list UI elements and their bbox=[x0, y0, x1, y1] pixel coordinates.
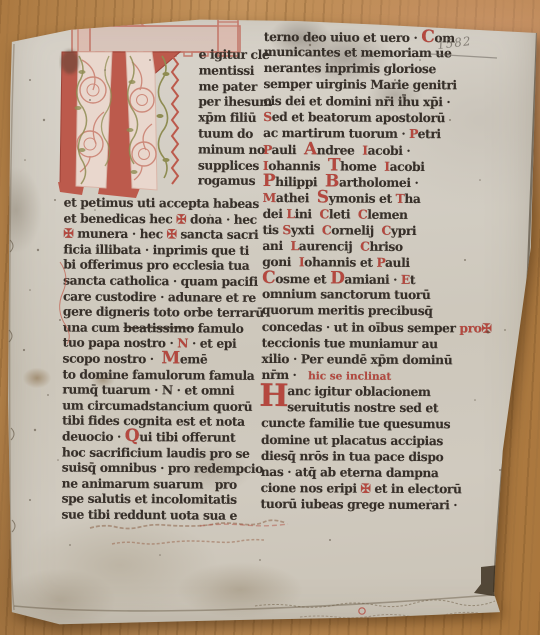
text-segment: et benedicas hec bbox=[64, 210, 177, 226]
text-segment: ohannis et bbox=[304, 254, 376, 270]
text-segment: seruitutis nostre sed et bbox=[287, 399, 438, 415]
text-line: et benedicas hec ✠ dona · hec bbox=[64, 210, 265, 227]
text-segment: semper uirginis Marie genitri bbox=[263, 76, 456, 92]
text-segment: deuocio · bbox=[62, 428, 125, 443]
decorated-letter: P bbox=[376, 255, 385, 270]
decorated-letter: pro bbox=[459, 320, 481, 335]
text-segment: et petimus uti accepta habeas bbox=[64, 195, 259, 211]
text-segment: dona · hec bbox=[186, 211, 257, 226]
decorated-letter: C bbox=[360, 238, 369, 253]
text-segment: per ihesum bbox=[198, 94, 272, 110]
text-line: dei Lini Cleti Clemen bbox=[263, 205, 493, 223]
text-segment: osme et bbox=[275, 271, 330, 286]
text-segment: tis bbox=[262, 222, 282, 237]
text-segment: ha bbox=[404, 191, 420, 206]
text-segment: omnium sanctorum tuorū bbox=[262, 286, 431, 302]
text-line: Cosme et Damiani · Et bbox=[262, 270, 492, 288]
text-line: scopo nostro · Memē bbox=[63, 350, 264, 367]
text-segment: me pater bbox=[198, 78, 257, 93]
text-segment: ini bbox=[295, 206, 320, 221]
text-segment: cis dei et domini nr̄i ih̄u xp̄i · bbox=[263, 93, 450, 109]
text-line: e igitur cle bbox=[199, 46, 273, 62]
text-line: nas · atq̄ ab eterna dampna bbox=[261, 464, 491, 482]
text-line: minum no bbox=[198, 141, 272, 157]
text-line: ficia illibata · inprimis que ti bbox=[63, 241, 264, 258]
text-line: cuncte familie tue quesumus bbox=[261, 415, 491, 433]
text-line: Sed et beatorum apostolorū bbox=[263, 109, 493, 127]
text-line: concedas · ut in oībus semper pro✠ bbox=[262, 318, 492, 336]
text-segment: una cum bbox=[63, 319, 124, 334]
text-segment: acobi bbox=[390, 159, 425, 174]
decorated-letter: M bbox=[263, 190, 276, 205]
text-segment: ne animarum suarum pro bbox=[62, 475, 237, 491]
text-line: et petimus uti accepta habeas bbox=[64, 195, 265, 212]
text-line: una cum beatissimo famulo bbox=[63, 319, 264, 336]
left-text-column: et petimus uti accepta habeaset benedica… bbox=[61, 195, 264, 524]
text-segment: aurencij bbox=[299, 238, 360, 253]
text-segment: supplices bbox=[198, 157, 259, 172]
text-segment: yxti bbox=[291, 222, 322, 237]
text-line: Mathei Symonis et Tha bbox=[263, 189, 493, 207]
text-line: ne animarum suarum pro bbox=[62, 475, 263, 492]
text-segment: ed et beatorum apostolorū bbox=[272, 109, 445, 125]
text-segment: cuncte familie tue quesumus bbox=[261, 415, 450, 431]
decorated-letter: C bbox=[421, 27, 434, 47]
text-segment: teccionis tue muniamur au bbox=[262, 335, 438, 351]
text-line: spe salutis et incolomitatis bbox=[62, 491, 263, 508]
text-line: teccionis tue muniamur au bbox=[262, 335, 492, 353]
text-segment: acobi · bbox=[368, 143, 411, 158]
text-line: tibi fides cognita est et nota bbox=[62, 413, 263, 430]
text-segment: ornelij bbox=[331, 222, 381, 237]
text-segment: suisq̄ omnibus · pro redempcio bbox=[62, 460, 263, 476]
text-segment: ui tibi offerunt bbox=[139, 429, 235, 445]
leaf-shadow-wrap: e igitur clementissime paterper ihesumxp… bbox=[0, 0, 540, 635]
text-segment: ymonis et bbox=[329, 191, 396, 206]
text-line: goni Iohannis et Pauli bbox=[262, 254, 492, 272]
decorated-letter: ✠ bbox=[176, 211, 186, 226]
photo-of-manuscript-on-table: e igitur clementissime paterper ihesumxp… bbox=[0, 0, 540, 635]
text-line: xp̄m filiū bbox=[198, 110, 272, 126]
text-segment: bi offerimus pro ecclesia tua bbox=[63, 257, 249, 273]
text-segment: e igitur cle bbox=[199, 46, 270, 61]
text-segment: tibi fides cognita est et nota bbox=[62, 413, 245, 429]
decorated-letter: C bbox=[319, 206, 328, 221]
text-segment: artholomei · bbox=[339, 175, 419, 191]
decorated-letter: ✠ bbox=[481, 320, 491, 335]
text-segment: rogamus bbox=[198, 173, 255, 188]
text-line: gere digneris toto orbe terrarū bbox=[63, 304, 264, 321]
text-segment: to domine famulorum famula bbox=[62, 366, 254, 382]
text-segment: etri bbox=[418, 126, 441, 141]
text-line: ac martirum tuorum · Petri bbox=[263, 125, 493, 143]
decorated-letter: P bbox=[263, 142, 272, 157]
text-line: ✠ munera · hec ✠ sancta sacri bbox=[63, 226, 264, 243]
rubric-text: hic se inclinat bbox=[308, 370, 391, 383]
text-line: tuorū iubeas grege numerari · bbox=[261, 496, 491, 514]
text-segment: rumq̄ tuarum · N · et omni bbox=[62, 382, 234, 398]
text-line: Hanc igitur oblacionem bbox=[261, 383, 491, 401]
decorated-letter: T bbox=[396, 191, 405, 206]
decorated-letter: D bbox=[330, 269, 344, 289]
text-segment: leti bbox=[329, 206, 358, 221]
text-line: rogamus bbox=[198, 173, 272, 189]
text-segment: xilio · Per eundē xp̄m dominū bbox=[262, 351, 453, 367]
text-segment: goni bbox=[262, 254, 299, 269]
text-line: domine ut placatus accipias bbox=[261, 431, 491, 449]
decorated-letter: Q bbox=[125, 426, 140, 446]
text-line: tis Syxti Cornelij Cypri bbox=[262, 222, 492, 240]
left-column-opening-lines: e igitur clementissime paterper ihesumxp… bbox=[198, 46, 272, 189]
text-segment: sue tibi reddunt uota sua e bbox=[61, 506, 237, 522]
decorated-letter: M bbox=[161, 348, 180, 368]
text-segment: sancta catholica · quam pacifi bbox=[63, 273, 258, 289]
text-segment: tuo papa nostro · bbox=[63, 335, 178, 351]
text-line: ani Laurencij Chriso bbox=[262, 238, 492, 256]
text-line: me pater bbox=[198, 78, 272, 94]
text-segment: gere digneris toto orbe terrarū bbox=[63, 304, 264, 320]
text-segment: ac martirum tuorum · bbox=[263, 125, 409, 141]
text-segment: dei bbox=[263, 205, 287, 220]
text-line: cione nos eripi ✠ et in electorū bbox=[261, 480, 491, 498]
text-segment: um circumadstancium quorū bbox=[62, 397, 252, 413]
text-line: deuocio · Qui tibi offerunt bbox=[62, 428, 263, 445]
text-segment: nas · atq̄ ab eterna dampna bbox=[261, 464, 439, 480]
decorated-letter: C bbox=[262, 268, 275, 288]
text-segment: · et epi bbox=[188, 336, 236, 351]
text-line: nr̄m · hic se inclinat bbox=[261, 367, 491, 385]
text-line: to domine famulorum famula bbox=[62, 366, 263, 383]
text-line: cis dei et domini nr̄i ih̄u xp̄i · bbox=[263, 93, 493, 111]
text-line: um circumadstancium quorū bbox=[62, 397, 263, 414]
decorated-letter: A bbox=[304, 139, 317, 159]
text-line: hoc sacrificium laudis pro se bbox=[62, 444, 263, 461]
text-segment: hriso bbox=[369, 239, 402, 254]
text-segment: lemen bbox=[367, 206, 407, 221]
text-segment: munera · hec bbox=[73, 226, 166, 242]
text-segment: quorum meritis precibusq̄ bbox=[262, 302, 433, 318]
decorated-letter: P bbox=[263, 171, 276, 191]
text-line: Philippi Bartholomei · bbox=[263, 173, 493, 191]
text-line: per ihesum bbox=[198, 94, 272, 110]
decorated-letter: S bbox=[317, 188, 329, 208]
text-segment: hoc sacrificium laudis pro se bbox=[62, 444, 250, 460]
text-segment: emē bbox=[180, 351, 208, 366]
text-segment: sancta sacri bbox=[176, 227, 258, 243]
text-segment: ohannis bbox=[268, 158, 328, 173]
text-block: e igitur clementissime paterper ihesumxp… bbox=[0, 0, 540, 635]
manuscript-leaf: e igitur clementissime paterper ihesumxp… bbox=[0, 0, 540, 635]
text-segment: ficia illibata · inprimis que ti bbox=[63, 241, 249, 257]
text-segment: athei bbox=[276, 190, 317, 205]
text-segment: cione nos eripi bbox=[261, 480, 361, 496]
text-line: Iohannis Thome Iacobi bbox=[263, 157, 493, 175]
text-line: tuum do bbox=[198, 125, 272, 141]
text-line: sue tibi reddunt uota sua e bbox=[61, 506, 262, 523]
text-line: diesq̄ nrōs in tua pace dispo bbox=[261, 448, 491, 466]
text-segment: xp̄m filiū bbox=[198, 110, 256, 125]
text-segment: amiani · bbox=[344, 272, 401, 287]
decorated-letter: C bbox=[358, 206, 367, 221]
text-line: suisq̄ omnibus · pro redempcio bbox=[62, 460, 263, 477]
text-segment: domine ut placatus accipias bbox=[261, 431, 443, 447]
text-line: Pauli Andree Iacobi · bbox=[263, 141, 493, 159]
text-line: nerantes inprimis gloriose bbox=[264, 60, 494, 78]
text-line: supplices bbox=[198, 157, 272, 173]
text-line: bi offerimus pro ecclesia tua bbox=[63, 257, 264, 274]
text-segment: concedas · ut in oībus semper bbox=[262, 318, 460, 334]
text-segment: nerantes inprimis gloriose bbox=[264, 60, 436, 76]
text-segment: terno deo uiuo et uero · bbox=[264, 29, 422, 45]
text-segment: beatissimo bbox=[123, 320, 194, 335]
text-line: rumq̄ tuarum · N · et omni bbox=[62, 382, 263, 399]
text-line: xilio · Per eundē xp̄m dominū bbox=[262, 351, 492, 369]
decorated-letter: C bbox=[322, 222, 331, 237]
text-segment: famulo bbox=[194, 320, 244, 335]
text-line: care custodire · adunare et re bbox=[63, 288, 264, 305]
text-segment: minum no bbox=[198, 141, 265, 156]
text-segment: auli bbox=[385, 255, 410, 270]
text-line: quorum meritis precibusq̄ bbox=[262, 302, 492, 320]
text-segment: et in electorū bbox=[370, 481, 461, 497]
decorated-letter: ✠ bbox=[167, 226, 177, 241]
text-line: semper uirginis Marie genitri bbox=[263, 76, 493, 94]
text-segment: scopo nostro · bbox=[63, 350, 162, 366]
text-segment: care custodire · adunare et re bbox=[63, 288, 256, 304]
decorated-letter: E bbox=[401, 272, 410, 287]
text-segment: diesq̄ nrōs in tua pace dispo bbox=[261, 448, 444, 464]
decorated-letter: P bbox=[409, 126, 418, 141]
text-segment: anc igitur oblacionem bbox=[287, 383, 430, 399]
text-segment: tuum do bbox=[198, 125, 253, 140]
text-segment: mentissi bbox=[199, 62, 255, 77]
text-segment: t bbox=[410, 272, 415, 287]
text-line: mentissi bbox=[199, 62, 273, 78]
text-segment: auli bbox=[272, 142, 305, 157]
text-line: seruitutis nostre sed et bbox=[261, 399, 491, 417]
text-segment: spe salutis et incolomitatis bbox=[62, 491, 237, 507]
right-text-column: terno deo uiuo et uero · Communicantes e… bbox=[261, 28, 494, 514]
text-segment: home bbox=[340, 159, 384, 174]
decorated-letter: L bbox=[286, 206, 294, 221]
text-line: sancta catholica · quam pacifi bbox=[63, 273, 264, 290]
decorated-letter: ✠ bbox=[361, 481, 371, 496]
text-segment: tuorū iubeas grege numerari · bbox=[261, 496, 458, 512]
text-line: omnium sanctorum tuorū bbox=[262, 286, 492, 304]
text-segment: ypri bbox=[391, 223, 416, 238]
decorated-letter: ✠ bbox=[63, 226, 73, 241]
text-segment: ani bbox=[262, 238, 290, 253]
text-segment: municantes et memoriam ue bbox=[264, 44, 452, 60]
